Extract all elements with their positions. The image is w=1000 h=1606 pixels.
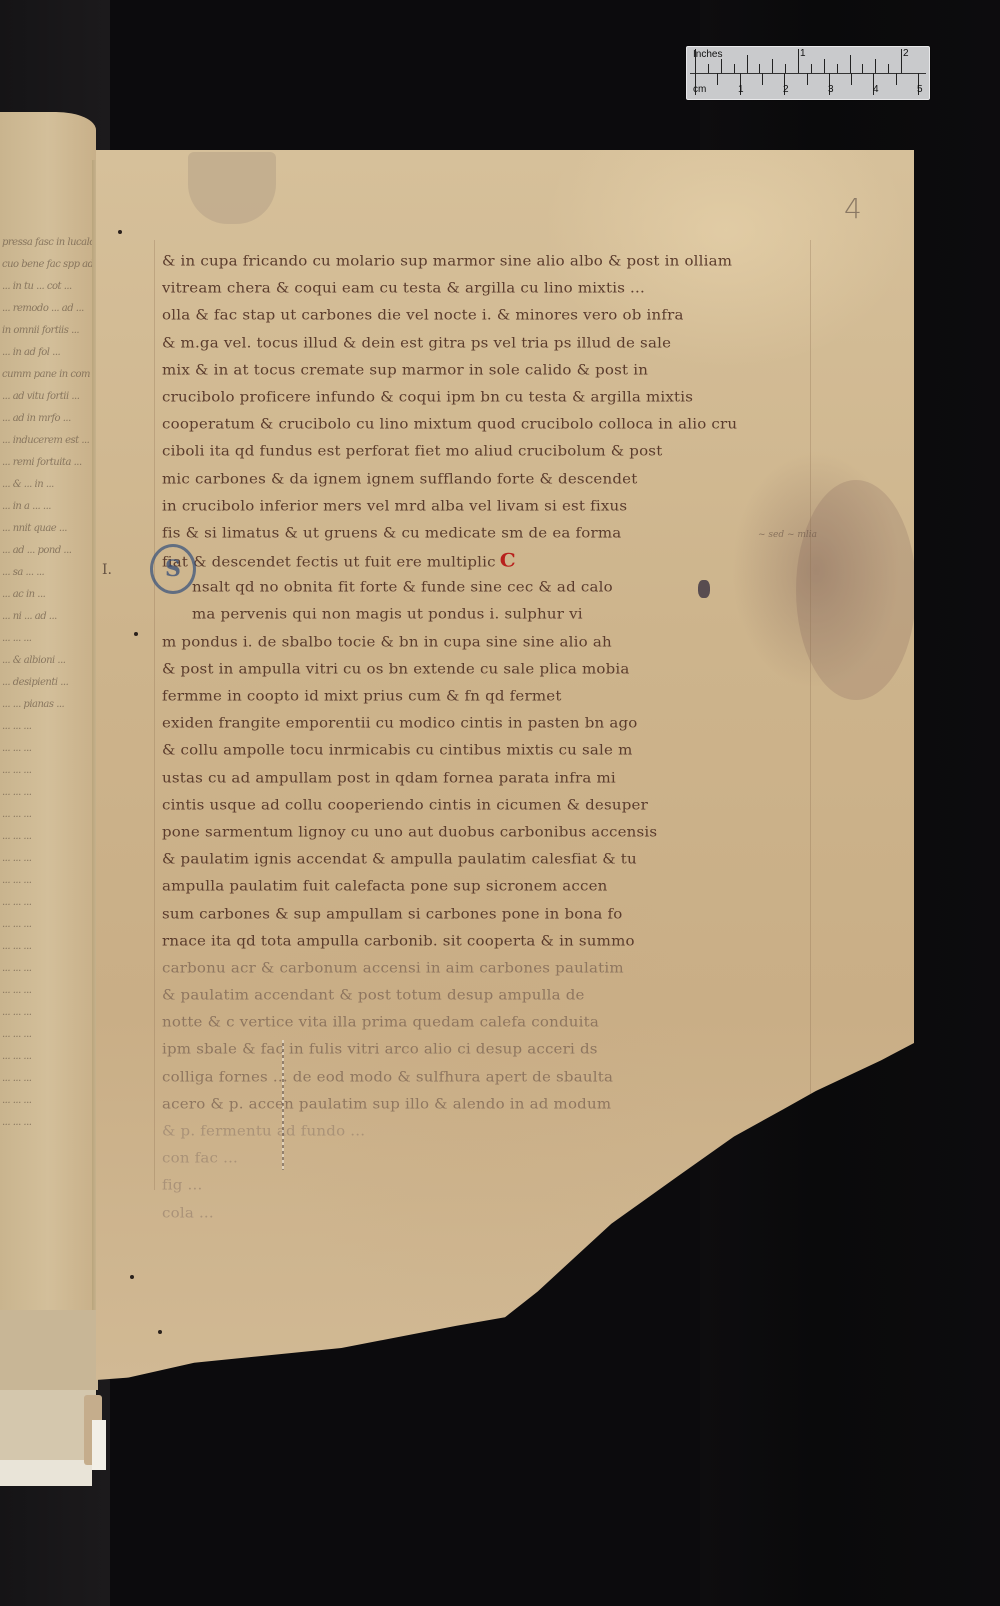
manuscript-line: sum carbones & sup ampullam si carbones …: [162, 902, 812, 927]
facing-page-line: ... ... pianas ...: [2, 694, 94, 716]
manuscript-line: notte & c vertice vita illa prima quedam…: [162, 1010, 812, 1035]
ruler-tick-inch: [862, 64, 863, 73]
manuscript-line: ciboli ita qd fundus est perforat fiet m…: [162, 439, 812, 464]
ruled-margin-line: [154, 240, 155, 1190]
parchment-repair-seam: [282, 1040, 284, 1170]
facing-page-line: ... & albioni ...: [2, 650, 94, 672]
folio-number: 4: [844, 192, 862, 225]
facing-page-line: ... remodo ... ad ...: [2, 298, 94, 320]
facing-page-line: ... ... ...: [2, 848, 94, 870]
manuscript-line: exiden frangite emporentii cu modico cin…: [162, 711, 812, 736]
parchment-stain: [796, 480, 916, 700]
parchment-repair-patch: [188, 152, 276, 224]
ruler-tick-inch: [824, 59, 825, 73]
ruler-cm-mark: 2: [783, 84, 789, 95]
facing-page-line: ... ... ...: [2, 1024, 94, 1046]
ruler-inches-label: Inches: [693, 49, 722, 60]
margin-mark: I.: [102, 562, 112, 578]
facing-page-line: ... ... ...: [2, 804, 94, 826]
facing-page-line: ... ... ...: [2, 1002, 94, 1024]
pricking-hole: [130, 1275, 134, 1279]
ruler-tick-inch: [785, 64, 786, 73]
ruler-tick-inch: [695, 49, 696, 73]
ruler-tick-inch: [901, 49, 902, 73]
ruler-tick-inch: [747, 55, 748, 73]
facing-page-line: ... ad vitu fortii ...: [2, 386, 94, 408]
facing-page-line: ... ... ...: [2, 958, 94, 980]
manuscript-line: ampulla paulatim fuit calefacta pone sup…: [162, 874, 812, 899]
facing-page-line: ... ... ...: [2, 628, 94, 650]
facing-page-line: ... ad in mrfo ...: [2, 408, 94, 430]
manuscript-line: & in cupa fricando cu molario sup marmor…: [162, 249, 812, 274]
facing-page-line: ... ... ...: [2, 1046, 94, 1068]
facing-page-line: ... ... ...: [2, 782, 94, 804]
manuscript-line: & post in ampulla vitri cu os bn extende…: [162, 657, 812, 682]
ruler-tick-cm: [695, 73, 696, 95]
ruler-tick-inch: [850, 55, 851, 73]
manuscript-line: in crucibolo inferior mers vel mrd alba …: [162, 494, 812, 519]
facing-page-line: ... in a ... ...: [2, 496, 94, 518]
ruler-tick-inch: [734, 64, 735, 73]
manuscript-line: nsalt qd no obnita fit forte & funde sin…: [162, 575, 812, 600]
ruler-tick-inch: [708, 64, 709, 73]
facing-page-line: in omnii fortiis ...: [2, 320, 94, 342]
facing-page-line: ... desipienti ...: [2, 672, 94, 694]
manuscript-line-text: fiat & descendet fectis ut fuit ere mult…: [162, 554, 496, 571]
facing-page-line: ... & ... in ...: [2, 474, 94, 496]
pricking-hole: [134, 632, 138, 636]
ruler-tick-inch: [837, 64, 838, 73]
facing-page-line: ... ac in ...: [2, 584, 94, 606]
manuscript-line: mic carbones & da ignem ignem sufflando …: [162, 467, 812, 492]
facing-page-line: ... ... ...: [2, 1068, 94, 1090]
facing-page-line: ... ... ...: [2, 936, 94, 958]
manuscript-line: & m.ga vel. tocus illud & dein est gitra…: [162, 331, 812, 356]
ruler-tick-inch: [759, 64, 760, 73]
manuscript-line: & paulatim ignis accendat & ampulla paul…: [162, 847, 812, 872]
ruler-tick-inch: [875, 59, 876, 73]
binding-leaf: [0, 1390, 96, 1460]
manuscript-line: ustas cu ad ampullam post in qdam fornea…: [162, 766, 812, 791]
marginal-annotation: ~ sed ~ mlia: [758, 530, 818, 541]
ruler-tick-inch: [772, 59, 773, 73]
scale-ruler: Inches cm 1 2 1 2 3 4 5: [686, 46, 930, 100]
facing-page-line: ... ... ...: [2, 980, 94, 1002]
ink-blot: [698, 580, 710, 598]
facing-page-line: ... ... ...: [2, 1090, 94, 1112]
facing-page-line: ... nnit quae ...: [2, 518, 94, 540]
facing-page-line: ... in tu ... cot ...: [2, 276, 94, 298]
facing-page-line: ... ... ...: [2, 870, 94, 892]
facing-page-line: cumm pane in com ...: [2, 364, 94, 386]
manuscript-line: pone sarmentum lignoy cu uno aut duobus …: [162, 820, 812, 845]
facing-page-line: ... ni ... ad ...: [2, 606, 94, 628]
facing-page-text: pressa fasc in lucalocuo bene fac spp ad…: [2, 232, 94, 1134]
facing-page: pressa fasc in lucalocuo bene fac spp ad…: [0, 112, 96, 1312]
ruler-inch-mark: 2: [903, 48, 909, 59]
ruler-tick-inch: [798, 49, 799, 73]
facing-page-line: ... ... ...: [2, 738, 94, 760]
facing-page-line: ... inducerem est ...: [2, 430, 94, 452]
pricking-hole: [158, 1330, 162, 1334]
manuscript-line: acero & p. accen paulatim sup illo & ale…: [162, 1092, 812, 1117]
ruler-cm-mark: 1: [738, 84, 744, 95]
ruler-inch-mark: 1: [800, 48, 806, 59]
binding-paper-strip: [92, 1420, 106, 1470]
ruler-tick-cm: [896, 73, 897, 85]
facing-page-line: ... sa ... ...: [2, 562, 94, 584]
facing-page-line: ... remi fortuita ...: [2, 452, 94, 474]
binding-leaf: [0, 1460, 92, 1486]
ruler-tick-cm: [717, 73, 718, 85]
ruler-tick-cm: [807, 73, 808, 85]
manuscript-line: colliga fornes ... de eod modo & sulfhur…: [162, 1065, 812, 1090]
manuscript-line: cintis usque ad collu cooperiendo cintis…: [162, 793, 812, 818]
manuscript-line: olla & fac stap ut carbones die vel noct…: [162, 303, 812, 328]
facing-page-line: pressa fasc in lucalo: [2, 232, 94, 254]
ruler-cm-mark: 3: [828, 84, 834, 95]
facing-page-line: ... ... ...: [2, 760, 94, 782]
ruler-tick-inch: [721, 59, 722, 73]
manuscript-line: ma pervenis qui non magis ut pondus i. s…: [162, 603, 812, 628]
pricking-hole: [118, 230, 122, 234]
binding-leaf: [0, 1310, 98, 1390]
facing-page-line: ... ... ...: [2, 716, 94, 738]
facing-page-line: ... in ad fol ...: [2, 342, 94, 364]
ruler-cm-mark: 4: [873, 84, 879, 95]
manuscript-line: cooperatum & crucibolo cu lino mixtum qu…: [162, 412, 812, 437]
ruler-tick-inch: [888, 64, 889, 73]
facing-page-line: ... ... ...: [2, 914, 94, 936]
facing-page-line: cuo bene fac spp ad ...: [2, 254, 94, 276]
facing-page-line: ... ... ...: [2, 892, 94, 914]
manuscript-line: fis & si limatus & ut gruens & cu medica…: [162, 521, 812, 546]
facing-page-line: ... ... ...: [2, 826, 94, 848]
manuscript-line: crucibolo proficere infundo & coqui ipm …: [162, 385, 812, 410]
manuscript-line: vitream chera & coqui eam cu testa & arg…: [162, 276, 812, 301]
manuscript-line: fiat & descendet fectis ut fuit ere mult…: [162, 548, 812, 573]
manuscript-line: & p. fermentu ad fundo ...: [162, 1119, 812, 1144]
ruler-tick-cm: [851, 73, 852, 85]
manuscript-line: fermme in coopto id mixt prius cum & fn …: [162, 684, 812, 709]
rubricated-initial: C: [500, 548, 516, 573]
manuscript-line: m pondus i. de sbalbo tocie & bn in cupa…: [162, 630, 812, 655]
manuscript-line: & collu ampolle tocu inrmicabis cu cinti…: [162, 738, 812, 763]
ruler-tick-inch: [811, 64, 812, 73]
ruler-midline: [690, 73, 926, 74]
decorated-initial-blue: S: [150, 544, 196, 594]
manuscript-line: ipm sbale & fac in fulis vitri arco alio…: [162, 1038, 812, 1063]
manuscript-line: rnace ita qd tota ampulla carbonib. sit …: [162, 929, 812, 954]
manuscript-text-block: & in cupa fricando cu molario sup marmor…: [162, 248, 812, 1227]
facing-page-line: ... ad ... pond ...: [2, 540, 94, 562]
manuscript-line: carbonu acr & carbonum accensi in aim ca…: [162, 956, 812, 981]
manuscript-line: mix & in at tocus cremate sup marmor in …: [162, 358, 812, 383]
facing-page-line: ... ... ...: [2, 1112, 94, 1134]
ruler-tick-cm: [762, 73, 763, 85]
ruler-cm-mark: 5: [917, 84, 923, 95]
manuscript-line: & paulatim accendant & post totum desup …: [162, 983, 812, 1008]
